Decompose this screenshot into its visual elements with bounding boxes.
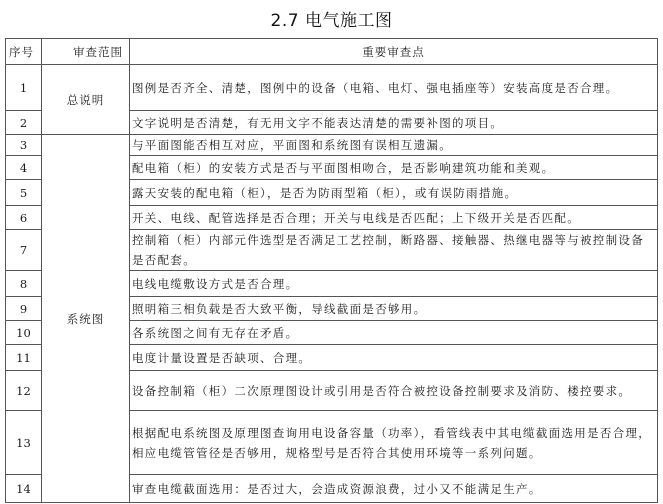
row-no: 3 xyxy=(6,135,42,156)
row-point: 根据配电系统图及原理图查询用电设备容量（功率），看管线表中其电缆截面选用是否合理… xyxy=(130,411,658,475)
row-point: 图例是否齐全、清楚，图例中的设备（电箱、电灯、强电插座等）安装高度是否合理。 xyxy=(130,65,658,111)
row-point: 审查电缆截面选用：是否过大，会造成资源浪费，过小又不能满足生产。 xyxy=(130,475,658,503)
header-point: 重要审查点 xyxy=(130,39,658,65)
row-point: 电度计量设置是否缺项、合理。 xyxy=(130,345,658,371)
row-no: 2 xyxy=(6,111,42,135)
scope-cell-system: 系统图 xyxy=(42,135,130,503)
row-point: 配电箱（柜）的安装方式是否与平面图相吻合，是否影响建筑功能和美观。 xyxy=(130,156,658,180)
scope-cell-general: 总说明 xyxy=(42,65,130,135)
row-no: 9 xyxy=(6,297,42,321)
row-no: 1 xyxy=(6,65,42,111)
table-row: 1 总说明 图例是否齐全、清楚，图例中的设备（电箱、电灯、强电插座等）安装高度是… xyxy=(6,65,658,111)
header-scope: 审查范围 xyxy=(42,39,130,65)
row-no: 13 xyxy=(6,411,42,475)
row-no: 5 xyxy=(6,180,42,206)
row-no: 6 xyxy=(6,206,42,230)
row-no: 11 xyxy=(6,345,42,371)
row-no: 12 xyxy=(6,371,42,411)
row-no: 10 xyxy=(6,321,42,345)
header-no: 序号 xyxy=(6,39,42,65)
row-point: 各系统图之间有无存在矛盾。 xyxy=(130,321,658,345)
row-point: 与平面图能否相互对应，平面图和系统图有误相互遗漏。 xyxy=(130,135,658,156)
row-no: 4 xyxy=(6,156,42,180)
row-no: 14 xyxy=(6,475,42,503)
row-point: 开关、电线、配管选择是否合理；开关与电线是否匹配；上下级开关是否匹配。 xyxy=(130,206,658,230)
section-title: 2.7 电气施工图 xyxy=(0,6,663,31)
row-point: 设备控制箱（柜）二次原理图设计或引用是否符合被控设备控制要求及消防、楼控要求。 xyxy=(130,371,658,411)
row-point: 照明箱三相负载是否大致平衡，导线截面是否够用。 xyxy=(130,297,658,321)
row-point: 控制箱（柜）内部元件选型是否满足工艺控制，断路器、接触器、热继电器等与被控制设备… xyxy=(130,230,658,271)
table-row: 3 系统图 与平面图能否相互对应，平面图和系统图有误相互遗漏。 xyxy=(6,135,658,156)
row-point: 电线电缆敷设方式是否合理。 xyxy=(130,271,658,297)
review-table: 序号 审查范围 重要审查点 1 总说明 图例是否齐全、清楚，图例中的设备（电箱、… xyxy=(5,38,658,503)
row-point: 露天安装的配电箱（柜），是否为防雨型箱（柜），或有误防雨措施。 xyxy=(130,180,658,206)
row-point: 文字说明是否清楚，有无用文字不能表达清楚的需要补图的项目。 xyxy=(130,111,658,135)
table-header-row: 序号 审查范围 重要审查点 xyxy=(6,39,658,65)
row-no: 8 xyxy=(6,271,42,297)
row-no: 7 xyxy=(6,230,42,271)
